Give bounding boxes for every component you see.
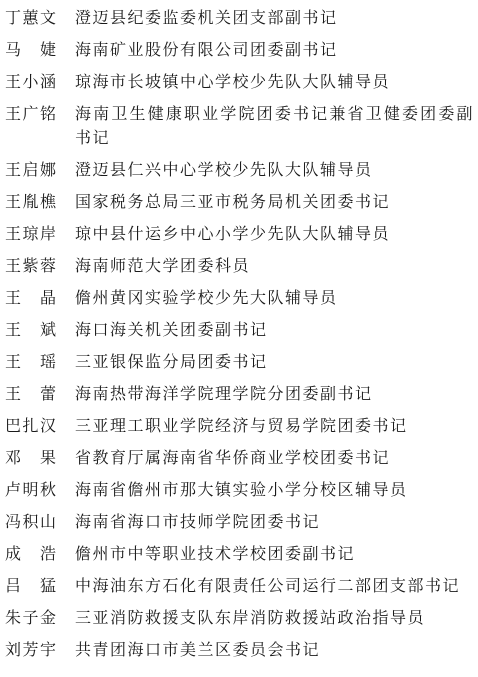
person-name: 王启娜 — [5, 159, 58, 183]
person-title: 海南卫生健康职业学院团委书记兼省卫健委团委副书记 — [75, 103, 474, 151]
roster-row: 冯积山 海南省海口市技师学院团委书记 — [5, 511, 474, 535]
person-name: 邓 果 — [5, 447, 58, 471]
roster-row: 王紫蓉 海南师范大学团委科员 — [5, 255, 474, 279]
person-title: 国家税务总局三亚市税务局机关团委书记 — [75, 191, 474, 215]
roster-row: 王 斌 海口海关机关团委副书记 — [5, 319, 474, 343]
roster-row: 邓 果 省教育厅属海南省华侨商业学校团委书记 — [5, 447, 474, 471]
person-title: 海南省海口市技师学院团委书记 — [75, 511, 474, 535]
person-name: 王 斌 — [5, 319, 58, 343]
roster-row: 王广铭 海南卫生健康职业学院团委书记兼省卫健委团委副书记 — [5, 103, 474, 151]
roster-row: 王琼岸 琼中县什运乡中心小学少先队大队辅导员 — [5, 223, 474, 247]
person-title: 澄迈县纪委监委机关团支部副书记 — [75, 7, 474, 31]
person-title: 省教育厅属海南省华侨商业学校团委书记 — [75, 447, 474, 471]
person-title: 三亚消防救援支队东岸消防救援站政治指导员 — [75, 607, 474, 631]
person-name: 刘芳宇 — [5, 639, 58, 663]
person-name: 王 蕾 — [5, 383, 58, 407]
person-title: 海南矿业股份有限公司团委副书记 — [75, 39, 474, 63]
roster-row: 巴扎汉 三亚理工职业学院经济与贸易学院团委书记 — [5, 415, 474, 439]
person-title: 三亚理工职业学院经济与贸易学院团委书记 — [75, 415, 474, 439]
person-name: 丁蕙文 — [5, 7, 58, 31]
page: { "page": { "background_color": "#ffffff… — [0, 0, 478, 677]
roster-row: 王胤樵 国家税务总局三亚市税务局机关团委书记 — [5, 191, 474, 215]
person-name: 马 婕 — [5, 39, 58, 63]
roster-row: 王 晶 儋州黄冈实验学校少先大队辅导员 — [5, 287, 474, 311]
person-name: 王广铭 — [5, 103, 58, 127]
roster-row: 丁蕙文 澄迈县纪委监委机关团支部副书记 — [5, 7, 474, 31]
person-title: 儋州市中等职业技术学校团委副书记 — [75, 543, 474, 567]
person-name: 冯积山 — [5, 511, 58, 535]
person-name: 王胤樵 — [5, 191, 58, 215]
person-title: 琼海市长坡镇中心学校少先队大队辅导员 — [75, 71, 474, 95]
award-roster-list: 丁蕙文 澄迈县纪委监委机关团支部副书记 马 婕 海南矿业股份有限公司团委副书记 … — [0, 0, 478, 663]
person-name: 朱子金 — [5, 607, 58, 631]
roster-row: 卢明秋 海南省儋州市那大镇实验小学分校区辅导员 — [5, 479, 474, 503]
person-name: 吕 猛 — [5, 575, 58, 599]
person-name: 卢明秋 — [5, 479, 58, 503]
person-name: 王 瑶 — [5, 351, 58, 375]
roster-row: 马 婕 海南矿业股份有限公司团委副书记 — [5, 39, 474, 63]
person-title: 共青团海口市美兰区委员会书记 — [75, 639, 474, 663]
person-title: 中海油东方石化有限责任公司运行二部团支部书记 — [75, 575, 474, 599]
person-title: 海南师范大学团委科员 — [75, 255, 474, 279]
person-title: 儋州黄冈实验学校少先大队辅导员 — [75, 287, 474, 311]
roster-row: 王 瑶 三亚银保监分局团委书记 — [5, 351, 474, 375]
roster-row: 吕 猛 中海油东方石化有限责任公司运行二部团支部书记 — [5, 575, 474, 599]
person-title: 海口海关机关团委副书记 — [75, 319, 474, 343]
person-name: 王 晶 — [5, 287, 58, 311]
person-title: 海南热带海洋学院理学院分团委副书记 — [75, 383, 474, 407]
person-name: 王小涵 — [5, 71, 58, 95]
roster-row: 刘芳宇 共青团海口市美兰区委员会书记 — [5, 639, 474, 663]
roster-row: 王启娜 澄迈县仁兴中心学校少先队大队辅导员 — [5, 159, 474, 183]
person-title: 三亚银保监分局团委书记 — [75, 351, 474, 375]
roster-row: 成 浩 儋州市中等职业技术学校团委副书记 — [5, 543, 474, 567]
person-name: 王紫蓉 — [5, 255, 58, 279]
person-title: 琼中县什运乡中心小学少先队大队辅导员 — [75, 223, 474, 247]
person-title: 海南省儋州市那大镇实验小学分校区辅导员 — [75, 479, 474, 503]
person-name: 王琼岸 — [5, 223, 58, 247]
roster-row: 朱子金 三亚消防救援支队东岸消防救援站政治指导员 — [5, 607, 474, 631]
person-name: 巴扎汉 — [5, 415, 58, 439]
person-title: 澄迈县仁兴中心学校少先队大队辅导员 — [75, 159, 474, 183]
roster-row: 王小涵 琼海市长坡镇中心学校少先队大队辅导员 — [5, 71, 474, 95]
roster-row: 王 蕾 海南热带海洋学院理学院分团委副书记 — [5, 383, 474, 407]
person-name: 成 浩 — [5, 543, 58, 567]
